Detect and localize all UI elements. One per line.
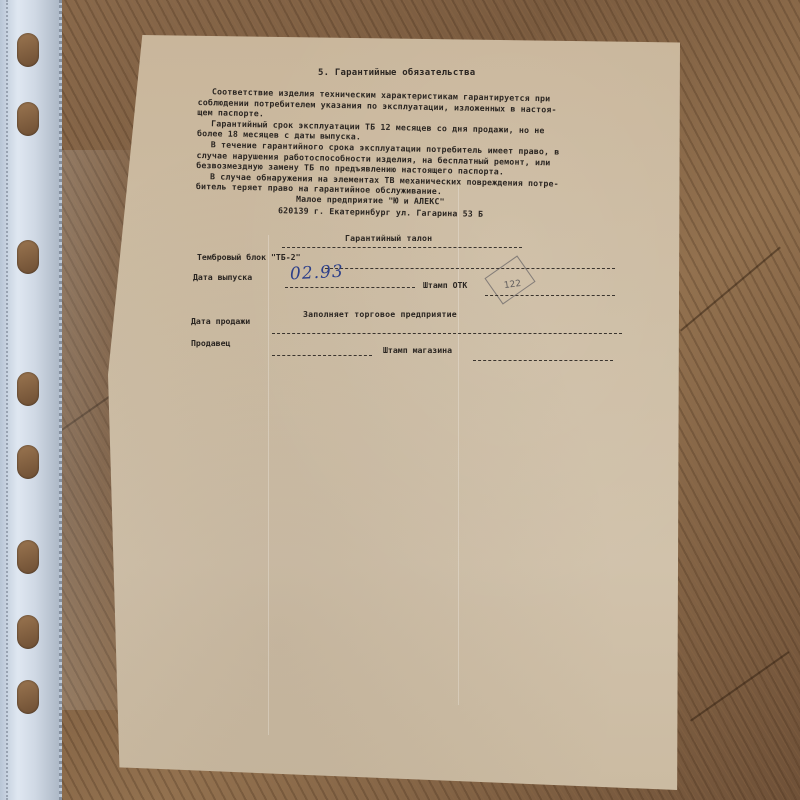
punch-hole [17, 102, 39, 136]
seller-label: Продавец [191, 338, 230, 348]
binder-sleeve [0, 0, 62, 800]
dashed-line [325, 268, 615, 269]
paper-crease [268, 235, 269, 735]
dashed-line [282, 247, 522, 248]
warranty-card-title: Гарантийный талон [345, 233, 432, 243]
punch-hole [17, 540, 39, 574]
dashed-line [485, 295, 615, 296]
section-title: 5. Гарантийные обязательства [318, 68, 475, 78]
punch-hole [17, 33, 39, 67]
dashed-line [285, 287, 415, 288]
punch-hole [17, 445, 39, 479]
sale-date-label: Дата продажи [191, 316, 250, 326]
punch-hole [17, 240, 39, 274]
floor-seam [690, 651, 789, 721]
dashed-line [272, 355, 372, 356]
dashed-line [473, 360, 613, 361]
qc-stamp-label: Штамп ОТК [423, 280, 467, 290]
floor-seam [680, 246, 781, 331]
store-stamp-label: Штамп магазина [383, 345, 452, 355]
warranty-paragraph: Соответствие изделия техническим характе… [196, 86, 561, 200]
punch-hole [17, 372, 39, 406]
dashed-line [272, 333, 622, 334]
paper-crease [458, 185, 459, 705]
release-date-value: 02.93 [290, 262, 345, 285]
product-label: Тембровый блок "ТБ-2" [197, 252, 301, 262]
sleeve-edge [6, 0, 11, 800]
store-fill-note: Заполняет торговое предприятие [303, 309, 457, 319]
punch-hole [17, 615, 39, 649]
punch-hole [17, 680, 39, 714]
release-date-label: Дата выпуска [193, 272, 252, 282]
